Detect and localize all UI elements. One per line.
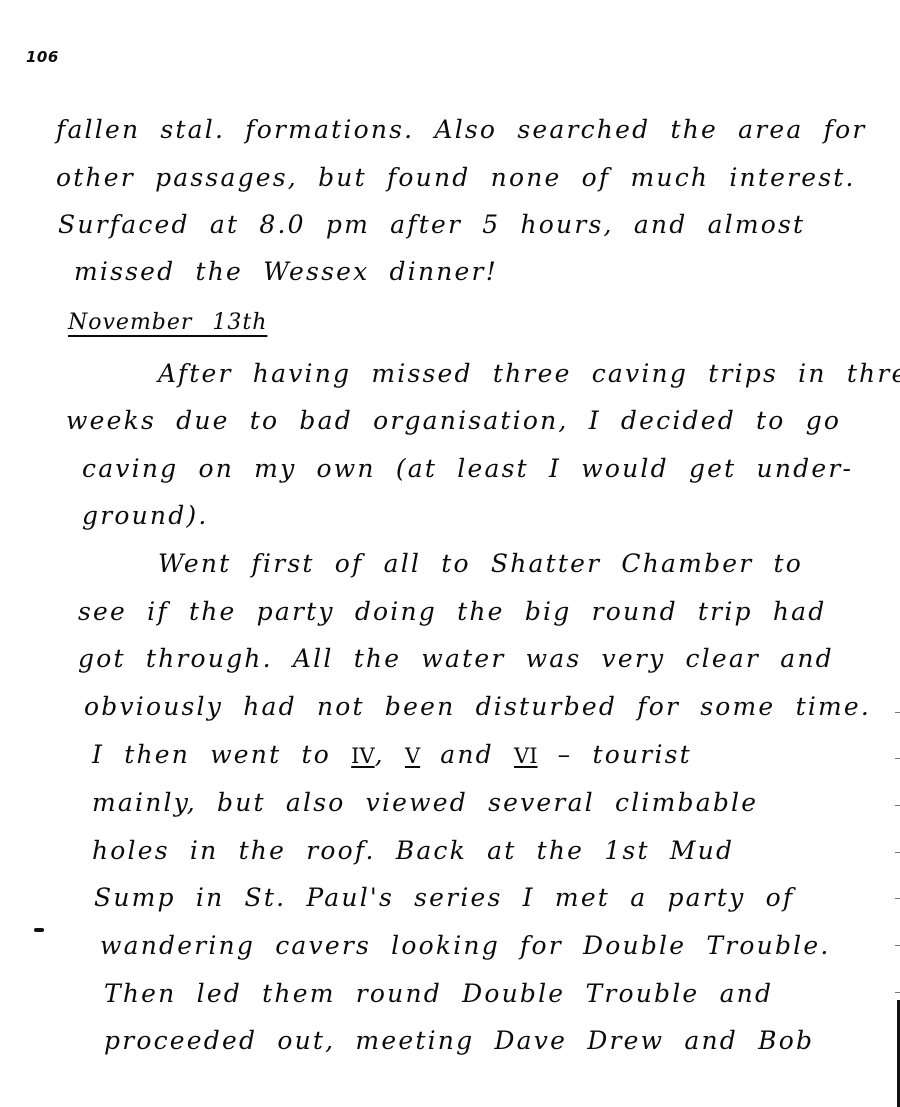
text-line: mainly, but also viewed several climbabl… — [92, 790, 758, 815]
text-line: see if the party doing the big round tri… — [78, 599, 826, 624]
text-line: obviously had not been disturbed for som… — [84, 694, 871, 719]
text-line: After having missed three caving trips i… — [158, 361, 900, 386]
page-number: 106 — [26, 48, 59, 66]
margin-mark — [34, 928, 44, 932]
text-line: Then led them round Double Trouble and — [104, 981, 773, 1006]
text-line: ground). — [82, 503, 209, 528]
text-line: Sump in St. Paul's series I met a party … — [94, 885, 794, 910]
entry-date-heading: November 13th — [68, 312, 267, 334]
line-text: and — [440, 740, 494, 769]
line-text: I then went to — [92, 740, 331, 769]
edge-tick — [895, 945, 900, 946]
line-text: , — [375, 740, 385, 769]
edge-tick — [895, 992, 900, 993]
text-line: holes in the roof. Back at the 1st Mud — [92, 838, 734, 863]
roman-numeral: VI — [514, 744, 537, 768]
text-line: missed the Wessex dinner! — [74, 259, 498, 284]
line-text: – tourist — [558, 740, 692, 769]
text-line: wandering cavers looking for Double Trou… — [100, 933, 831, 958]
roman-numeral: V — [405, 744, 420, 768]
roman-numeral: IV — [351, 744, 374, 768]
text-line: Surfaced at 8.0 pm after 5 hours, and al… — [58, 212, 805, 237]
text-line: caving on my own (at least I would get u… — [82, 456, 853, 481]
text-line: got through. All the water was very clea… — [78, 646, 834, 671]
edge-tick — [895, 898, 900, 899]
edge-tick — [895, 852, 900, 853]
text-line: I then went to IV, V and VI – tourist — [92, 742, 692, 767]
text-line: weeks due to bad organisation, I decided… — [66, 408, 841, 433]
text-line: other passages, but found none of much i… — [56, 165, 856, 190]
edge-tick — [895, 758, 900, 759]
text-line: proceeded out, meeting Dave Drew and Bob — [104, 1028, 814, 1053]
edge-tick — [895, 805, 900, 806]
text-line: Went first of all to Shatter Chamber to — [158, 551, 803, 576]
edge-tick — [895, 712, 900, 713]
text-line: fallen stal. formations. Also searched t… — [56, 117, 867, 142]
